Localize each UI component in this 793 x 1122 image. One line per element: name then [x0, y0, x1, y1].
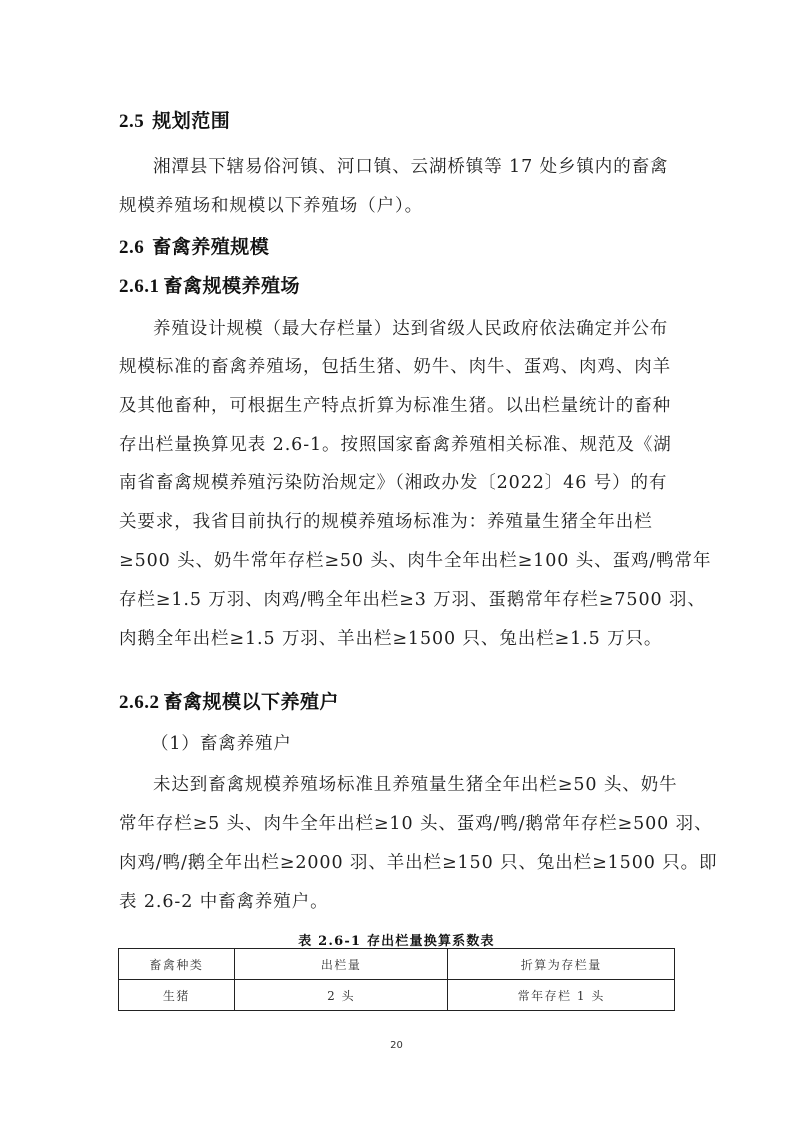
paragraph-line: ≥500 头、奶牛常年存栏≥50 头、肉牛全年出栏≥100 头、蛋鸡/鸭常年 — [119, 547, 675, 572]
table-cell: 生猪 — [119, 980, 235, 1011]
page-number: 20 — [0, 1040, 793, 1051]
heading-number: 2.5 — [119, 111, 144, 132]
paragraph-line: 关要求，我省目前执行的规模养殖场标准为：养殖量生猪全年出栏 — [119, 508, 675, 533]
paragraph-line: 湘潭县下辖易俗河镇、河口镇、云湖桥镇等 17 处乡镇内的畜禽 — [153, 153, 675, 178]
paragraph-line: 肉鹅全年出栏≥1.5 万羽、羊出栏≥1500 只、兔出栏≥1.5 万只。 — [119, 625, 675, 650]
paragraph-line: 存出栏量换算见表 2.6-1。按照国家畜禽养殖相关标准、规范及《湖 — [119, 431, 675, 456]
heading-number: 2.6 — [119, 237, 144, 258]
table-header-cell: 畜禽种类 — [119, 949, 235, 980]
heading-title: 畜禽规模以下养殖户 — [164, 691, 340, 713]
table-header-row: 畜禽种类 出栏量 折算为存栏量 — [119, 949, 675, 980]
paragraph-line: 存栏≥1.5 万羽、肉鸡/鸭全年出栏≥3 万羽、蛋鹅常年存栏≥7500 羽、 — [119, 586, 675, 611]
document-page: 2.5规划范围 湘潭县下辖易俗河镇、河口镇、云湖桥镇等 17 处乡镇内的畜禽 规… — [0, 0, 793, 1122]
heading-2-6: 2.6畜禽养殖规模 — [119, 232, 269, 259]
paragraph-line: 规模养殖场和规模以下养殖场（户）。 — [119, 192, 675, 217]
conversion-table: 畜禽种类 出栏量 折算为存栏量 生猪 2 头 常年存栏 1 头 — [118, 948, 675, 1011]
table-cell: 常年存栏 1 头 — [448, 980, 675, 1011]
paragraph-line: 表 2.6-2 中畜禽养殖户。 — [119, 888, 675, 913]
paragraph-line: 养殖设计规模（最大存栏量）达到省级人民政府依法确定并公布 — [153, 315, 675, 340]
paragraph-line: 及其他畜种，可根据生产特点折算为标准生猪。以出栏量统计的畜种 — [119, 392, 675, 417]
heading-number: 2.6.1 — [119, 276, 160, 297]
heading-2-6-2: 2.6.2畜禽规模以下养殖户 — [119, 687, 339, 714]
table-row: 生猪 2 头 常年存栏 1 头 — [119, 980, 675, 1011]
paragraph-line: 规模标准的畜禽养殖场，包括生猪、奶牛、肉牛、蛋鸡、肉鸡、肉羊 — [119, 353, 675, 378]
heading-2-5: 2.5规划范围 — [119, 106, 230, 133]
table-caption: 表 2.6-1 存出栏量换算系数表 — [0, 930, 793, 949]
heading-title: 畜禽养殖规模 — [152, 236, 269, 258]
table-header-cell: 出栏量 — [234, 949, 448, 980]
paragraph-line: 未达到畜禽规模养殖场标准且养殖量生猪全年出栏≥50 头、奶牛 — [153, 771, 675, 796]
table-cell: 2 头 — [234, 980, 448, 1011]
heading-title: 规划范围 — [152, 110, 230, 132]
heading-2-6-1: 2.6.1畜禽规模养殖场 — [119, 271, 300, 298]
paragraph-line: 南省畜禽规模养殖污染防治规定》（湘政办发〔2022〕46 号）的有 — [119, 469, 675, 494]
table-header-cell: 折算为存栏量 — [448, 949, 675, 980]
list-item-label: （1）畜禽养殖户 — [151, 730, 673, 755]
heading-number: 2.6.2 — [119, 692, 160, 713]
heading-title: 畜禽规模养殖场 — [164, 275, 301, 297]
paragraph-line: 常年存栏≥5 头、肉牛全年出栏≥10 头、蛋鸡/鸭/鹅常年存栏≥500 羽、 — [119, 810, 675, 835]
paragraph-line: 肉鸡/鸭/鹅全年出栏≥2000 羽、羊出栏≥150 只、兔出栏≥1500 只。即 — [119, 849, 675, 874]
